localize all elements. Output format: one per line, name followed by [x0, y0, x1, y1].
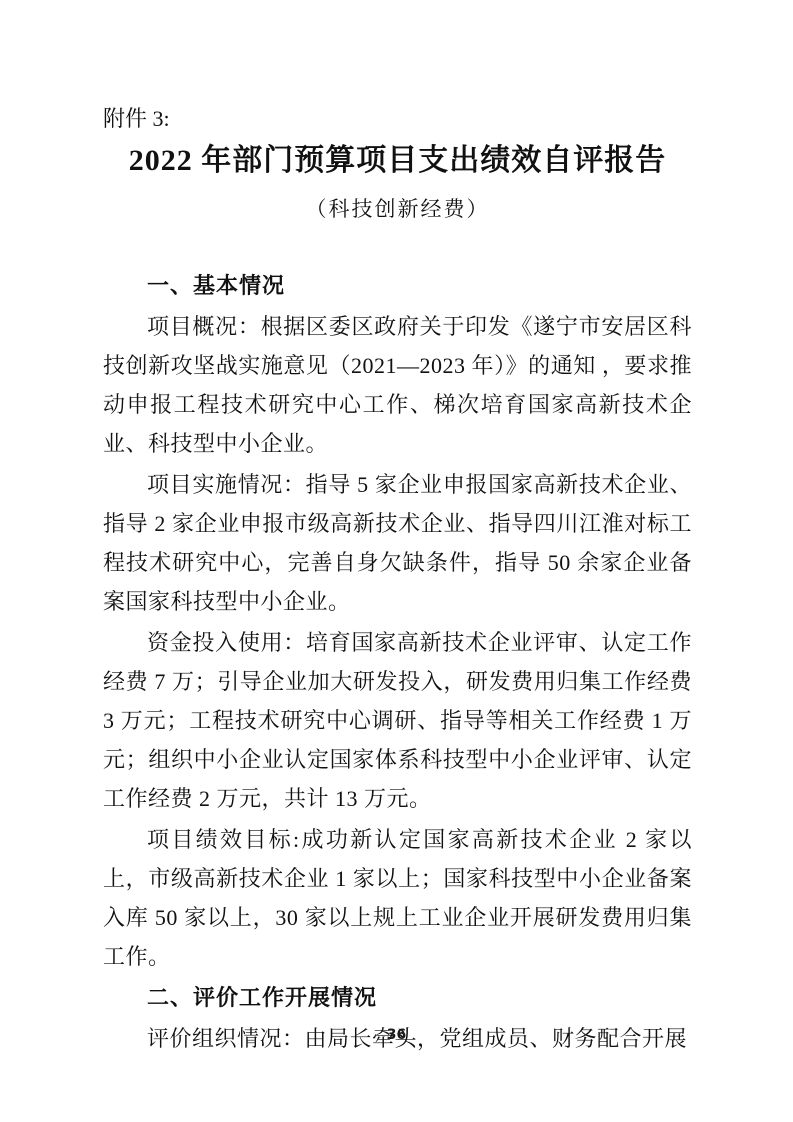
paragraph-project-implementation: 项目实施情况：指导 5 家企业申报国家高新技术企业、指导 2 家企业申报市级高新… — [103, 465, 692, 621]
section-heading-basic-situation: 一、基本情况 — [103, 266, 692, 305]
page-number: 36 — [0, 1027, 793, 1043]
document-body: 一、基本情况 项目概况：根据区委区政府关于印发《遂宁市安居区科技创新攻坚战实施意… — [103, 266, 692, 1058]
paragraph-funding-usage: 资金投入使用：培育国家高新技术企业评审、认定工作经费 7 万；引导企业加大研发投… — [103, 623, 692, 818]
document-subtitle: （科技创新经费） — [103, 194, 692, 224]
paragraph-project-overview: 项目概况：根据区委区政府关于印发《遂宁市安居区科技创新攻坚战实施意见（2021—… — [103, 307, 692, 463]
document-page: 附件 3: 2022 年部门预算项目支出绩效自评报告 （科技创新经费） 一、基本… — [0, 0, 793, 1122]
attachment-label: 附件 3: — [103, 106, 692, 132]
document-title: 2022 年部门预算项目支出绩效自评报告 — [103, 141, 692, 181]
paragraph-performance-goals: 项目绩效目标:成功新认定国家高新技术企业 2 家以上，市级高新技术企业 1 家以… — [103, 820, 692, 976]
section-heading-evaluation-work: 二、评价工作开展情况 — [103, 978, 692, 1017]
